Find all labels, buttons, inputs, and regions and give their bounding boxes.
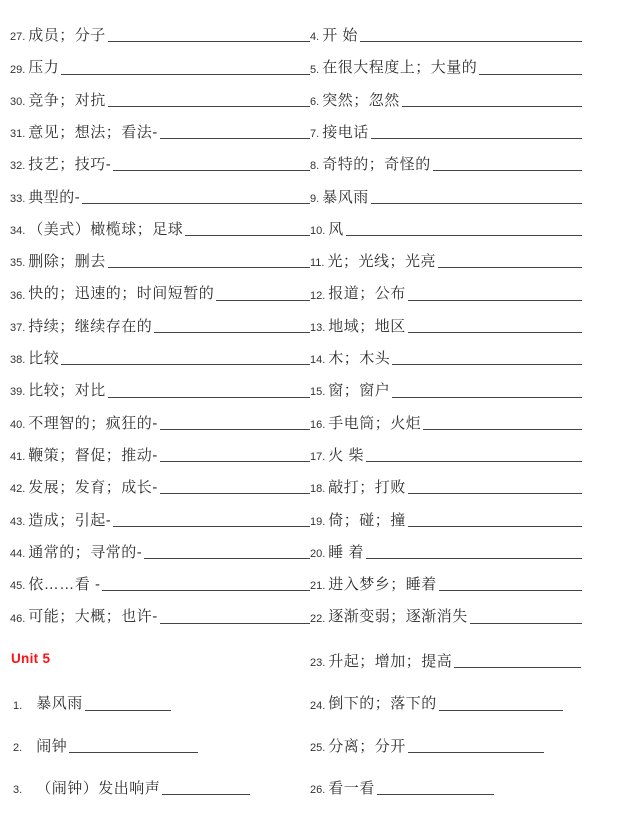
main-vocab-list: 27. 成员；分子 4. 开 始 29. 压力 5. 在很大程度上；大量的 30… [10, 12, 582, 626]
entry-blank-line [108, 41, 310, 42]
entry-blank-line [82, 203, 310, 204]
vocab-entry: 44. 通常的；寻常的- [10, 529, 310, 561]
entry-blank-line [160, 461, 310, 462]
entry-number: 1. [13, 700, 22, 712]
entry-text: 造成；引起- [28, 513, 111, 529]
vocab-entry: 11. 光；光线；光亮 [310, 238, 582, 270]
vocab-entry: 7. 接电话 [310, 109, 582, 141]
vocab-row: 39. 比较；对比 15. 窗；窗户 [10, 367, 582, 399]
vocab-entry: 15. 窗；窗户 [310, 367, 582, 399]
entry-blank-line [470, 623, 582, 624]
entry-number: 8. [310, 160, 319, 172]
entry-text: 火 柴 [328, 448, 364, 464]
vocab-row: 34. （美式）橄榄球；足球 10. 风 [10, 206, 582, 238]
entry-blank-line [371, 203, 582, 204]
entry-text: 地域；地区 [328, 319, 406, 335]
entry-text: （闹钟）发出响声 [36, 781, 160, 797]
entry-blank-line [402, 106, 582, 107]
entry-text: 进入梦乡；睡着 [328, 577, 437, 593]
vocab-entry: 21. 进入梦乡；睡着 [310, 561, 582, 593]
vocab-row: 32. 技艺；技巧- 8. 奇特的；奇怪的 [10, 141, 582, 173]
entry-text: 突然；忽然 [322, 93, 400, 109]
entry-blank-line [108, 106, 310, 107]
entry-text: 典型的- [28, 190, 80, 206]
vocab-entry: 23. 升起；增加；提高 [310, 628, 582, 670]
vocab-entry: 12. 报道；公布 [310, 270, 582, 302]
entry-blank-line [108, 397, 310, 398]
vocab-row: 37. 持续；继续存在的 13. 地域；地区 [10, 303, 582, 335]
vocab-row: 2. 闹钟 25. 分离；分开 [10, 713, 582, 755]
entry-number: 42. [10, 483, 25, 495]
entry-number: 35. [10, 257, 25, 269]
entry-text: 倒下的；落下的 [328, 696, 437, 712]
vocab-row: 36. 快的；迅速的；时间短暂的 12. 报道；公布 [10, 270, 582, 302]
entry-number: 21. [310, 580, 325, 592]
entry-text: 光；光线；光亮 [327, 254, 436, 270]
entry-text: 手电筒；火炬 [328, 416, 421, 432]
vocab-entry: 20. 睡 着 [310, 529, 582, 561]
entry-text: 接电话 [322, 125, 369, 141]
entry-number: 17. [310, 451, 325, 463]
entry-blank-line [454, 667, 581, 668]
entry-blank-line [479, 74, 582, 75]
entry-text: 意见；想法；看法- [28, 125, 158, 141]
entry-blank-line [113, 170, 310, 171]
entry-text: 压力 [28, 60, 59, 76]
vocab-row: 31. 意见；想法；看法- 7. 接电话 [10, 109, 582, 141]
vocab-row: 1. 暴风雨 24. 倒下的；落下的 [10, 670, 582, 712]
entry-number: 40. [10, 419, 25, 431]
entry-number: 37. [10, 322, 25, 334]
vocab-entry: 46. 可能；大概；也许- [10, 593, 310, 625]
entry-number: 9. [310, 193, 319, 205]
entry-blank-line [408, 332, 582, 333]
entry-number: 16. [310, 419, 325, 431]
entry-blank-line [439, 710, 563, 711]
entry-number: 12. [310, 290, 325, 302]
entry-text: 分离；分开 [328, 739, 406, 755]
entry-text: 删除；删去 [28, 254, 106, 270]
vocab-row: 33. 典型的- 9. 暴风雨 [10, 173, 582, 205]
vocab-entry: 13. 地域；地区 [310, 303, 582, 335]
unit5-vocab-list: Unit 5 23. 升起；增加；提高 1. 暴风雨 24. 倒下的；落下的 2… [10, 628, 582, 797]
entry-number: 20. [310, 548, 325, 560]
vocab-entry: 34. （美式）橄榄球；足球 [10, 206, 310, 238]
entry-blank-line [439, 590, 582, 591]
vocab-entry: 24. 倒下的；落下的 [310, 670, 582, 712]
entry-blank-line [438, 267, 582, 268]
entry-text: 技艺；技巧- [28, 157, 111, 173]
vocab-entry: 14. 木；木头 [310, 335, 582, 367]
entry-text: 通常的；寻常的- [28, 545, 142, 561]
entry-number: 5. [310, 64, 319, 76]
entry-number: 15. [310, 386, 325, 398]
vocab-entry: 26. 看一看 [310, 755, 582, 797]
entry-blank-line [160, 623, 310, 624]
vocab-entry: 1. 暴风雨 [10, 670, 310, 712]
vocab-entry: 43. 造成；引起- [10, 496, 310, 528]
vocab-entry: 39. 比较；对比 [10, 367, 310, 399]
entry-blank-line [392, 364, 582, 365]
entry-blank-line [371, 138, 582, 139]
vocab-entry: 36. 快的；迅速的；时间短暂的 [10, 270, 310, 302]
entry-blank-line [162, 794, 250, 795]
entry-text: 不理智的；疯狂的- [28, 416, 158, 432]
entry-number: 33. [10, 193, 25, 205]
entry-text: 在很大程度上；大量的 [322, 60, 477, 76]
entry-number: 46. [10, 613, 25, 625]
entry-number: 7. [310, 128, 319, 140]
vocab-entry: 32. 技艺；技巧- [10, 141, 310, 173]
entry-text: 升起；增加；提高 [328, 654, 452, 670]
entry-text: 比较 [28, 351, 59, 367]
vocab-row: Unit 5 23. 升起；增加；提高 [10, 628, 582, 670]
entry-blank-line [423, 429, 582, 430]
vocab-entry: 19. 倚；碰；撞 [310, 496, 582, 528]
entry-blank-line [144, 558, 310, 559]
entry-number: 24. [310, 700, 325, 712]
vocab-entry: 17. 火 柴 [310, 432, 582, 464]
entry-number: 3. [13, 784, 22, 796]
entry-text: 暴风雨 [36, 696, 83, 712]
entry-text: 暴风雨 [322, 190, 369, 206]
entry-text: 敲打；打败 [328, 480, 406, 496]
entry-text: 持续；继续存在的 [28, 319, 152, 335]
entry-text: 可能；大概；也许- [28, 609, 158, 625]
vocab-row: 40. 不理智的；疯狂的- 16. 手电筒；火炬 [10, 400, 582, 432]
vocab-entry: 5. 在很大程度上；大量的 [310, 44, 582, 76]
entry-text: 奇特的；奇怪的 [322, 157, 431, 173]
entry-number: 13. [310, 322, 325, 334]
entry-text: （美式）橄榄球；足球 [28, 222, 183, 238]
entry-number: 41. [10, 451, 25, 463]
vocab-row: 29. 压力 5. 在很大程度上；大量的 [10, 44, 582, 76]
entry-number: 27. [10, 31, 25, 43]
entry-text: 依……看 - [28, 577, 100, 593]
entry-number: 45. [10, 580, 25, 592]
entry-number: 31. [10, 128, 25, 140]
entry-blank-line [408, 493, 582, 494]
entry-blank-line [154, 332, 310, 333]
entry-number: 19. [310, 516, 325, 528]
entry-number: 14. [310, 354, 325, 366]
vocab-entry: 16. 手电筒；火炬 [310, 400, 582, 432]
entry-number: 44. [10, 548, 25, 560]
entry-text: 闹钟 [36, 739, 67, 755]
entry-blank-line [408, 752, 544, 753]
vocab-entry: 33. 典型的- [10, 173, 310, 205]
entry-blank-line [61, 74, 310, 75]
entry-blank-line [408, 300, 582, 301]
entry-number: 4. [310, 31, 319, 43]
entry-number: 2. [13, 742, 22, 754]
entry-number: 22. [310, 613, 325, 625]
entry-number: 6. [310, 96, 319, 108]
entry-number: 30. [10, 96, 25, 108]
entry-blank-line [160, 138, 310, 139]
vocab-entry: 8. 奇特的；奇怪的 [310, 141, 582, 173]
entry-text: 发展；发育；成长- [28, 480, 158, 496]
vocab-row: 38. 比较 14. 木；木头 [10, 335, 582, 367]
entry-number: 34. [10, 225, 25, 237]
vocab-entry: 2. 闹钟 [10, 713, 310, 755]
entry-blank-line [160, 493, 310, 494]
vocab-row: 27. 成员；分子 4. 开 始 [10, 12, 582, 44]
unit-heading-cell: Unit 5 [10, 628, 310, 670]
entry-blank-line [377, 794, 494, 795]
vocab-entry: 25. 分离；分开 [310, 713, 582, 755]
entry-text: 开 始 [322, 28, 358, 44]
entry-text: 倚；碰；撞 [328, 513, 406, 529]
entry-text: 看一看 [328, 781, 375, 797]
vocab-entry: 18. 敲打；打败 [310, 464, 582, 496]
vocab-row: 42. 发展；发育；成长- 18. 敲打；打败 [10, 464, 582, 496]
entry-blank-line [346, 235, 582, 236]
vocab-entry: 35. 删除；删去 [10, 238, 310, 270]
vocab-row: 44. 通常的；寻常的- 20. 睡 着 [10, 529, 582, 561]
entry-number: 11. [310, 257, 324, 269]
entry-blank-line [366, 461, 582, 462]
entry-text: 报道；公布 [328, 286, 406, 302]
entry-number: 10. [310, 225, 325, 237]
entry-text: 比较；对比 [28, 383, 106, 399]
entry-text: 风 [328, 222, 344, 238]
entry-blank-line [108, 267, 310, 268]
entry-text: 睡 着 [328, 545, 364, 561]
vocab-entry: 31. 意见；想法；看法- [10, 109, 310, 141]
vocab-row: 35. 删除；删去 11. 光；光线；光亮 [10, 238, 582, 270]
entry-blank-line [216, 300, 310, 301]
entry-blank-line [113, 526, 310, 527]
entry-number: 43. [10, 516, 25, 528]
entry-text: 木；木头 [328, 351, 390, 367]
vocab-entry: 29. 压力 [10, 44, 310, 76]
entry-blank-line [160, 429, 310, 430]
entry-blank-line [69, 752, 198, 753]
vocab-entry: 42. 发展；发育；成长- [10, 464, 310, 496]
vocab-row: 46. 可能；大概；也许- 22. 逐渐变弱；逐渐消失 [10, 593, 582, 625]
vocab-entry: 6. 突然；忽然 [310, 77, 582, 109]
vocab-row: 30. 竞争；对抗 6. 突然；忽然 [10, 77, 582, 109]
vocab-entry: 9. 暴风雨 [310, 173, 582, 205]
entry-blank-line [360, 41, 582, 42]
vocab-entry: 45. 依……看 - [10, 561, 310, 593]
vocab-row: 43. 造成；引起- 19. 倚；碰；撞 [10, 496, 582, 528]
entry-text: 鞭策；督促；推动- [28, 448, 158, 464]
entry-number: 18. [310, 483, 325, 495]
entry-blank-line [366, 558, 582, 559]
vocab-row: 41. 鞭策；督促；推动- 17. 火 柴 [10, 432, 582, 464]
entry-blank-line [85, 710, 171, 711]
entry-blank-line [61, 364, 310, 365]
entry-text: 窗；窗户 [328, 383, 390, 399]
entry-blank-line [433, 170, 582, 171]
entry-number: 32. [10, 160, 25, 172]
vocab-entry: 30. 竞争；对抗 [10, 77, 310, 109]
vocab-entry: 41. 鞭策；督促；推动- [10, 432, 310, 464]
vocab-row: 3. （闹钟）发出响声 26. 看一看 [10, 755, 582, 797]
entry-number: 26. [310, 784, 325, 796]
entry-text: 快的；迅速的；时间短暂的 [28, 286, 214, 302]
vocab-entry: 10. 风 [310, 206, 582, 238]
entry-text: 逐渐变弱；逐渐消失 [328, 609, 468, 625]
entry-blank-line [185, 235, 310, 236]
vocab-entry: 40. 不理智的；疯狂的- [10, 400, 310, 432]
vocab-entry: 22. 逐渐变弱；逐渐消失 [310, 593, 582, 625]
vocab-entry: 27. 成员；分子 [10, 12, 310, 44]
entry-number: 36. [10, 290, 25, 302]
vocab-entry: 4. 开 始 [310, 12, 582, 44]
unit-heading: Unit 5 [11, 651, 50, 666]
entry-text: 竞争；对抗 [28, 93, 106, 109]
entry-blank-line [408, 526, 582, 527]
vocab-entry: 37. 持续；继续存在的 [10, 303, 310, 335]
vocab-entry: 3. （闹钟）发出响声 [10, 755, 310, 797]
entry-number: 38. [10, 354, 25, 366]
entry-blank-line [102, 590, 310, 591]
entry-number: 23. [310, 657, 325, 669]
entry-number: 25. [310, 742, 325, 754]
vocab-entry: 38. 比较 [10, 335, 310, 367]
entry-number: 29. [10, 64, 25, 76]
entry-number: 39. [10, 386, 25, 398]
vocab-row: 45. 依……看 - 21. 进入梦乡；睡着 [10, 561, 582, 593]
entry-text: 成员；分子 [28, 28, 106, 44]
vocab-worksheet: 27. 成员；分子 4. 开 始 29. 压力 5. 在很大程度上；大量的 30… [0, 0, 640, 820]
entry-blank-line [392, 397, 582, 398]
